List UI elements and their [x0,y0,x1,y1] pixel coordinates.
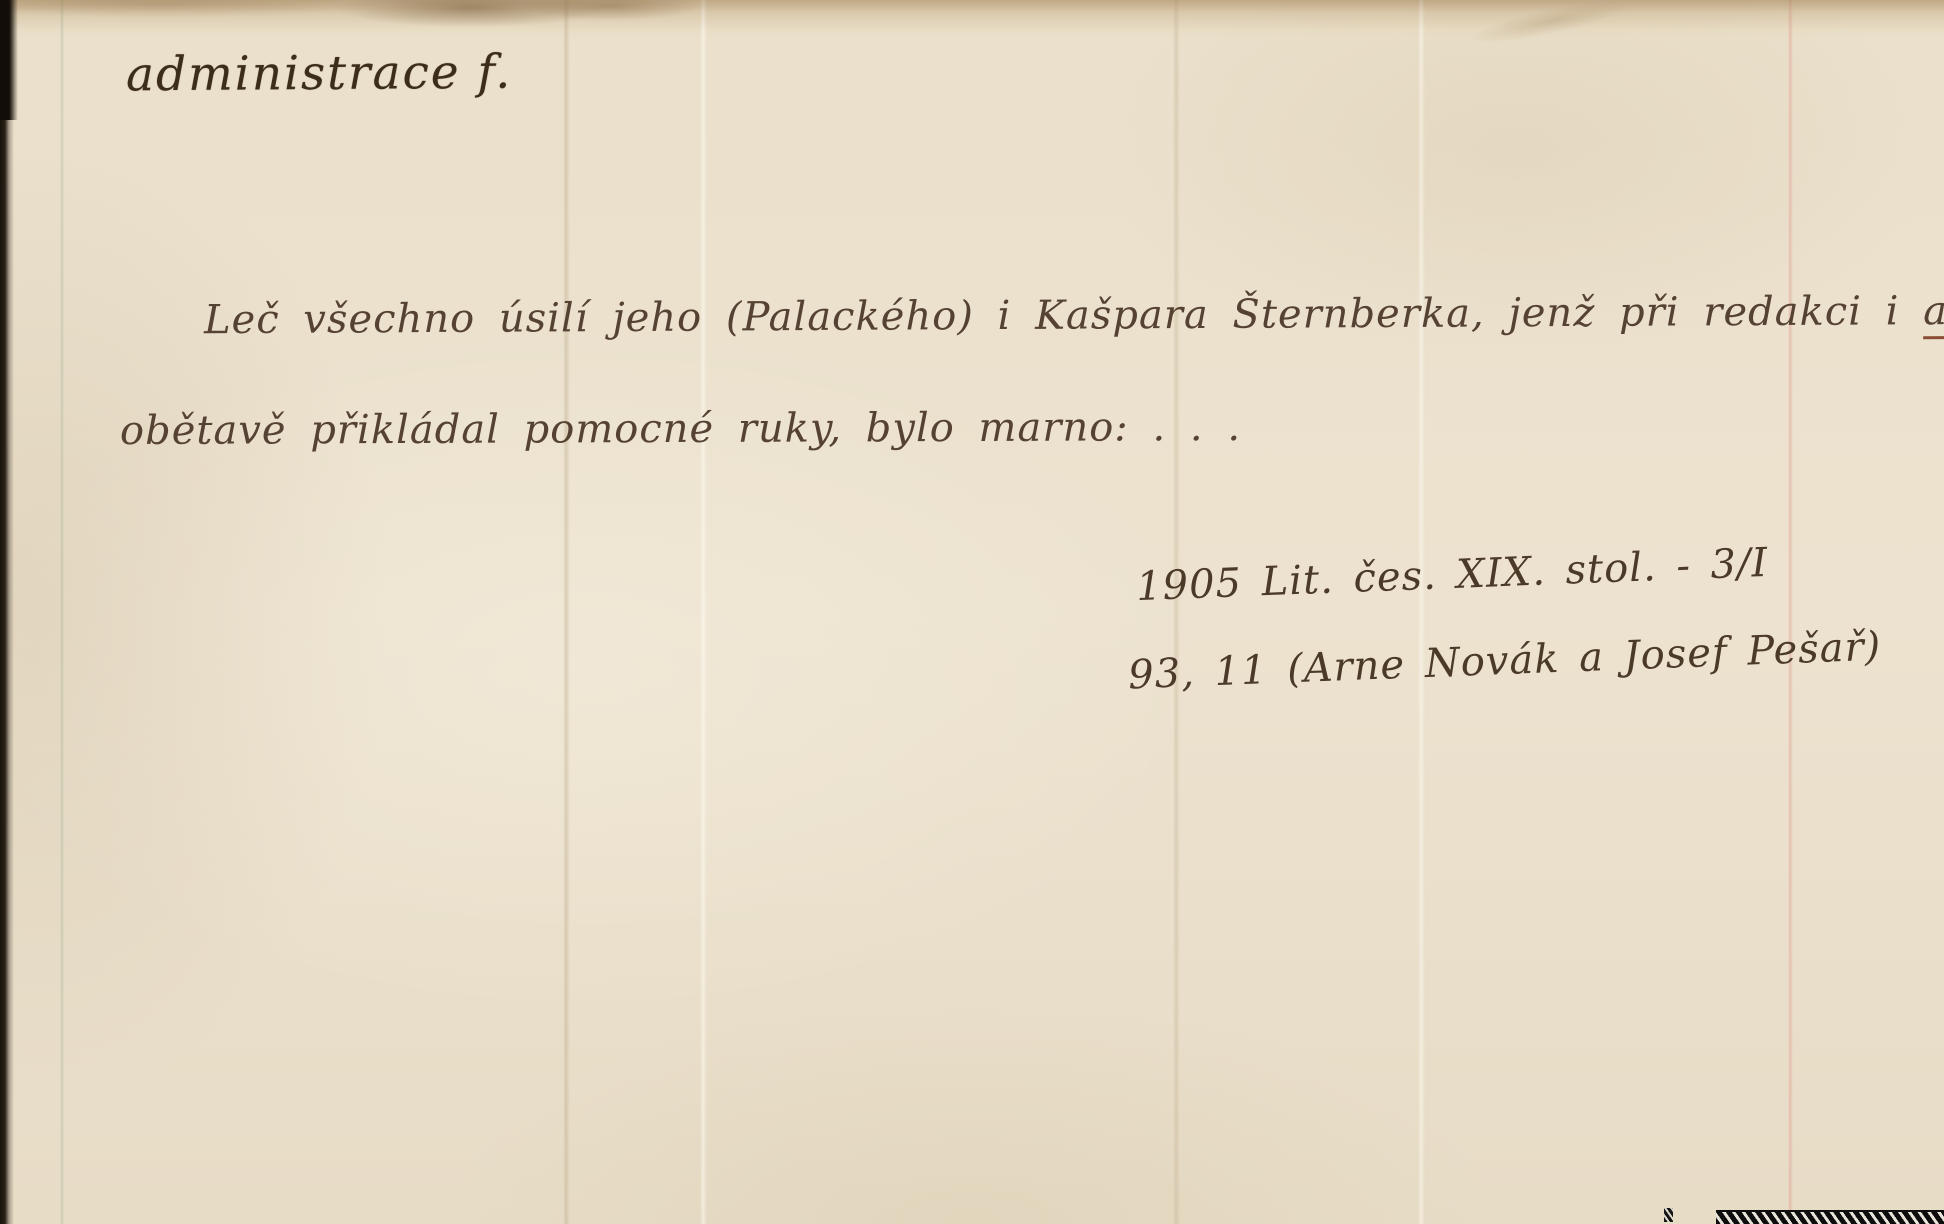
scan-left-edge [0,0,14,1224]
quote-line-2: obětavě přikládal pomocné ruky, bylo mar… [120,404,1241,454]
scale-strip [1716,1210,1944,1224]
citation-source-line: 1905 Lit. čes. XIX. stol. - 3/I [1135,540,1769,610]
paper-creases [0,0,1944,1224]
quote-line-1: Leč všechno úsilí jeho (Palackého) i Kaš… [204,287,1944,343]
scanned-document-page: administrace f. Leč všechno úsilí jeho (… [0,0,1944,1224]
scale-strip-tick [1664,1208,1673,1222]
card-heading: administrace f. [126,45,513,103]
scan-top-edge-shadow [0,0,1944,48]
paper-fold-mark [1437,0,1633,79]
quote-line-1-text: Leč všechno úsilí jeho (Palackého) i Kaš… [204,288,1923,343]
scan-left-edge-corner [0,0,18,120]
citation-authors-line: 93, 11 (Arne Novák a Josef Pešař) [1127,624,1882,699]
quote-underlined-word: administraci [1923,287,1944,339]
